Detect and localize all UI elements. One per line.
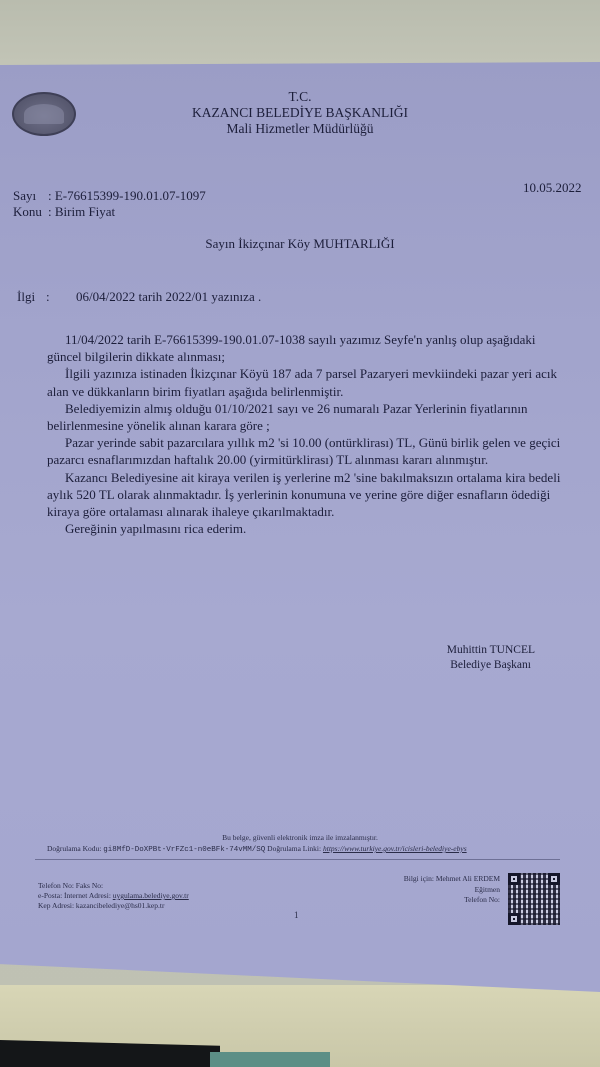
ilgi-label: İlgi xyxy=(17,289,35,305)
body-paragraph: Pazar yerinde sabit pazarcılara yıllık m… xyxy=(47,434,562,468)
ilgi-value: 06/04/2022 tarih 2022/01 yazınıza . xyxy=(76,289,261,305)
body-paragraph: Kazancı Belediyesine ait kiraya verilen … xyxy=(47,469,562,521)
ilgi-separator: : xyxy=(46,289,50,305)
page-number: 1 xyxy=(294,910,299,920)
esign-note: Bu belge, güvenli elektronik imza ile im… xyxy=(0,833,600,842)
verify-link-label: Doğrulama Linki: xyxy=(267,844,321,853)
body-paragraph: İlgili yazınıza istinaden İkizçınar Köyü… xyxy=(47,365,562,399)
signatory-name: Muhittin TUNCEL xyxy=(380,644,535,656)
body-paragraph: 11/04/2022 tarih E-76615399-190.01.07-10… xyxy=(47,331,562,365)
letterhead-department: Mali Hizmetler Müdürlüğü xyxy=(0,121,600,137)
web-address-link[interactable]: uygulama.belediye.gov.tr xyxy=(113,891,189,900)
footer-divider xyxy=(35,859,560,860)
sayi-value: : E-76615399-190.01.07-1097 xyxy=(48,188,206,204)
verify-code: gi8MfD-DoXPBt-VrFZc1-n0eBFk-74vMM/SQ xyxy=(103,846,265,854)
addressee: Sayın İkizçınar Köy MUHTARLIĞI xyxy=(0,236,600,252)
verification-row: Doğrulama Kodu: gi8MfD-DoXPBt-VrFZc1-n0e… xyxy=(47,844,467,854)
contact-email-label: e-Posta: İnternet Adresi: xyxy=(38,891,111,900)
konu-label: Konu xyxy=(13,204,42,220)
info-contact-role: Eğitmen xyxy=(385,885,500,894)
info-contact-phone: Telefon No: xyxy=(385,895,500,904)
konu-value: : Birim Fiyat xyxy=(48,204,115,220)
letterhead-institution: KAZANCI BELEDİYE BAŞKANLIĞI xyxy=(0,105,600,121)
qr-finder-icon xyxy=(548,873,560,885)
body-paragraph: Belediyemizin almış olduğu 01/10/2021 sa… xyxy=(47,400,562,434)
contact-kep: Kep Adresi: kazancibelediye@hs01.kep.tr xyxy=(38,901,164,910)
letter-body: 11/04/2022 tarih E-76615399-190.01.07-10… xyxy=(47,331,562,537)
background-object xyxy=(210,1052,330,1067)
verify-code-label: Doğrulama Kodu: xyxy=(47,844,101,853)
info-contact-name: Bilgi için: Mehmet Ali ERDEM xyxy=(385,874,500,883)
signatory-title: Belediye Başkanı xyxy=(380,659,531,671)
qr-finder-icon xyxy=(508,873,520,885)
qr-finder-icon xyxy=(508,913,520,925)
body-paragraph: Gereğinin yapılmasını rica ederim. xyxy=(47,520,562,537)
verify-link[interactable]: https://www.turkiye.gov.tr/icisleri-bele… xyxy=(323,844,467,853)
background-shadow xyxy=(0,1040,220,1067)
contact-phone-fax: Telefon No: Faks No: xyxy=(38,881,103,890)
qr-code-icon xyxy=(508,873,560,925)
contact-email-web: e-Posta: İnternet Adresi: uygulama.beled… xyxy=(38,891,189,900)
sayi-label: Sayı xyxy=(13,188,36,204)
letterhead-tc: T.C. xyxy=(0,89,600,105)
document-date: 10.05.2022 xyxy=(523,180,582,196)
